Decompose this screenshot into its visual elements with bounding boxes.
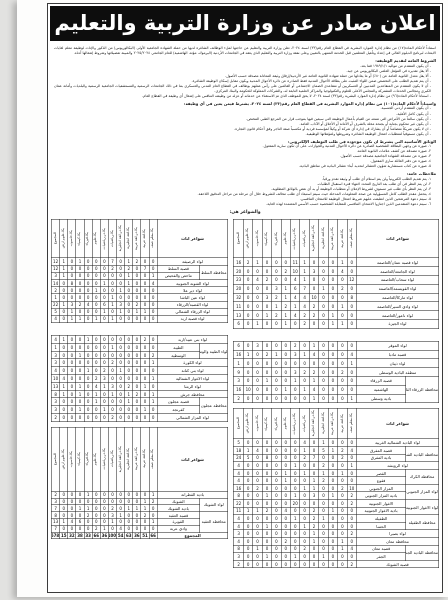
count-cell: 0 [133, 351, 141, 359]
count-cell: 1 [149, 359, 157, 367]
count-cell: 0 [262, 341, 271, 350]
count-cell: 0 [60, 315, 68, 322]
count-cell: 0 [133, 343, 141, 351]
count-cell: 2 [272, 311, 281, 320]
count-cell: 0 [281, 553, 290, 561]
count-cell: 1 [281, 311, 290, 320]
count-cell: 10 [309, 293, 318, 302]
count-cell: 0 [141, 398, 149, 406]
district-label: لواء ذيبان [356, 359, 438, 368]
table-row: محافظة البادية الجنوبيةقصبة معان41000200… [234, 545, 439, 553]
count-cell: 4 [52, 315, 60, 322]
count-cell: 0 [76, 375, 84, 383]
count-cell: 0 [272, 376, 281, 385]
count-cell: 0 [76, 359, 84, 367]
column-header: المجموع [234, 220, 244, 258]
table-row: لواء بصيرا2000100000003 [234, 530, 439, 538]
count-cell: 0 [92, 367, 100, 375]
governorate-label: محافظة البادية الجنوبية [406, 545, 439, 560]
count-cell: 0 [243, 560, 252, 568]
column-header-text: المجموع [54, 232, 58, 244]
count-cell: 0 [100, 519, 108, 526]
column-header: بكا.كيمياء [76, 427, 84, 491]
count-cell: 1 [262, 311, 271, 320]
count-cell: 0 [338, 515, 347, 523]
count-cell: 0 [281, 454, 290, 462]
count-cell: 15 [60, 532, 68, 539]
district-label: قصبة العقبة [157, 512, 199, 519]
column-header-text: بكا.كيمياء [265, 232, 269, 246]
count-cell: 1 [117, 308, 125, 315]
count-cell: 2 [338, 484, 347, 492]
district-label: الوسطية [157, 351, 199, 359]
count-cell: 10 [291, 267, 300, 276]
count-cell: 0 [300, 462, 309, 470]
count-cell: 0 [84, 375, 92, 383]
count-cell: 1 [328, 311, 337, 320]
count-cell: 1 [328, 492, 337, 500]
count-cell: 0 [328, 477, 337, 485]
count-cell: 0 [60, 525, 68, 532]
count-cell: 1 [262, 492, 271, 500]
count-cell: 1 [108, 315, 116, 322]
count-cell: 0 [100, 390, 108, 398]
count-cell: 0 [108, 272, 116, 279]
governorate-label: محافظة الكرك [406, 469, 439, 484]
count-cell: 0 [76, 343, 84, 351]
column-header-text: بكا.رياضيات [111, 450, 115, 467]
count-cell: 0 [291, 394, 300, 403]
count-cell: 1 [319, 553, 328, 561]
count-cell: 1 [309, 530, 318, 538]
count-cell: 0 [347, 538, 356, 546]
count-cell: 1 [309, 477, 318, 485]
count-cell: 4 [253, 446, 262, 454]
table-row: محافظة عجلونقصبة عجلون1001000100003 [52, 398, 228, 406]
count-cell: 2 [253, 484, 262, 492]
count-cell: 0 [328, 553, 337, 561]
count-cell: 0 [272, 492, 281, 500]
district-label: منطقة البادية الوسطى [356, 368, 438, 377]
count-cell: 1 [291, 515, 300, 523]
count-cell: 0 [243, 359, 252, 368]
count-cell: 1 [100, 406, 108, 414]
column-header-text: بكا.رياضيات [303, 415, 307, 432]
count-cell: 0 [243, 284, 252, 293]
count-cell: 0 [149, 336, 157, 344]
count-cell: 1 [309, 538, 318, 546]
count-cell: 0 [84, 315, 92, 322]
count-cell: 0 [76, 265, 84, 272]
district-label: فقوع [356, 477, 405, 485]
count-cell: 0 [141, 287, 149, 294]
count-cell: 0 [300, 376, 309, 385]
count-cell: 1 [68, 315, 76, 322]
count-cell: 0 [125, 519, 133, 526]
count-cell: 1 [291, 553, 300, 561]
count-cell: 0 [253, 302, 262, 311]
vacancy-table-block: شواغر اناثبكا.معلم صفبكا.لغة عربيةبكا.در… [233, 219, 439, 328]
count-cell: 0 [328, 275, 337, 284]
count-cell: 1 [100, 279, 108, 286]
count-cell: 0 [328, 515, 337, 523]
count-cell: 5 [52, 308, 60, 315]
count-cell: 0 [309, 560, 318, 568]
count-cell: 0 [100, 258, 108, 265]
governorate-label: لواء المزار الجنوبي [406, 484, 439, 499]
count-cell: 8 [262, 454, 271, 462]
count-cell: 1 [262, 376, 271, 385]
count-cell: 0 [328, 359, 337, 368]
district-label: لواء المزار الشمالي [157, 414, 228, 422]
count-cell: 1 [117, 512, 125, 519]
count-cell: 4 [309, 385, 318, 394]
district-label: بادية المفرق [356, 454, 405, 462]
count-cell: 0 [262, 267, 271, 276]
announcement-body: استناداً لأحكام المادة(١٧) من نظام إدارة… [48, 43, 442, 219]
count-cell: 1 [76, 505, 84, 512]
table-row: محافظة معان0100100200004 [234, 538, 439, 546]
table-row: لواء المزار الجنوبيالمزار الجنوبي1020011… [234, 484, 439, 492]
column-header-text: بكا.كيمياء [78, 452, 82, 466]
count-cell: 0 [92, 351, 100, 359]
count-cell: 1 [76, 390, 84, 398]
count-cell: 0 [281, 341, 290, 350]
count-cell: 0 [68, 351, 76, 359]
count-cell: 0 [319, 385, 328, 394]
count-cell: 0 [133, 272, 141, 279]
count-cell: 0 [108, 351, 116, 359]
count-cell: 2 [133, 258, 141, 265]
count-cell: 12 [52, 258, 60, 265]
column-header-text: بكا.علوم [284, 232, 288, 244]
count-cell: 1 [262, 553, 271, 561]
column-header-text: بكا.معلم صف [350, 413, 354, 433]
count-cell: 0 [125, 343, 133, 351]
count-cell: 0 [243, 275, 252, 284]
count-cell: 0 [84, 519, 92, 526]
count-cell: 0 [84, 406, 92, 414]
count-cell: 3 [52, 398, 60, 406]
count-cell: 0 [84, 390, 92, 398]
count-cell: 0 [262, 484, 271, 492]
count-cell: 16 [234, 258, 244, 267]
count-cell: 0 [243, 376, 252, 385]
count-cell: 0 [125, 336, 133, 344]
count-cell: 51 [141, 532, 149, 539]
count-cell: 1 [300, 258, 309, 267]
count-cell: 0 [92, 512, 100, 519]
count-cell: 1 [92, 287, 100, 294]
count-cell: 0 [272, 385, 281, 394]
district-label: الطيبة [157, 343, 199, 351]
count-cell: 0 [141, 343, 149, 351]
count-cell: 0 [291, 385, 300, 394]
count-cell: 0 [68, 272, 76, 279]
district-label: لواء الرويشد [356, 462, 438, 470]
column-header-text: المجموع [54, 453, 58, 465]
count-cell: 1 [300, 385, 309, 394]
count-cell: 1 [309, 376, 318, 385]
count-cell: 0 [328, 484, 337, 492]
count-cell: 24 [234, 454, 244, 462]
count-cell: 0 [253, 515, 262, 523]
count-cell: 0 [347, 267, 356, 276]
count-cell: 0 [243, 368, 252, 377]
count-cell: 0 [149, 505, 157, 512]
governorate-label: محافظة الزرقاء الثانية [406, 376, 439, 402]
count-cell: 0 [243, 553, 252, 561]
count-cell: 0 [272, 446, 281, 454]
count-cell: 0 [319, 319, 328, 328]
count-cell: 1 [125, 279, 133, 286]
column-header-text: بكا.در.لغة انجليزية [312, 410, 316, 436]
count-cell: 0 [60, 351, 68, 359]
count-cell: 0 [328, 454, 337, 462]
count-cell: 0 [243, 439, 252, 447]
count-cell: 20 [291, 500, 300, 508]
column-header: بكا.لغة عربية [141, 427, 149, 491]
count-cell: 4 [60, 375, 68, 383]
count-cell: 2 [309, 522, 318, 530]
count-cell: 3 [234, 553, 244, 561]
count-cell: 0 [149, 294, 157, 301]
table-row: قصبة مادبا40004130120116 [234, 350, 439, 359]
count-cell: 0 [76, 398, 84, 406]
count-cell: 16 [234, 385, 244, 394]
count-cell: 1 [92, 315, 100, 322]
count-cell: 0 [243, 492, 252, 500]
count-cell: 0 [328, 302, 337, 311]
count-cell: 0 [125, 498, 133, 505]
list-item: - استناداً لأحكام المادة(٩٦) من نظام إدا… [54, 94, 436, 99]
count-cell: 0 [133, 382, 141, 390]
count-cell: 0 [253, 311, 262, 320]
count-cell: 0 [133, 519, 141, 526]
count-cell: 0 [60, 308, 68, 315]
count-cell: 0 [272, 341, 281, 350]
count-cell: 18 [234, 446, 244, 454]
count-cell: 10 [243, 385, 252, 394]
count-cell: 2 [133, 301, 141, 308]
count-cell: 4 [92, 382, 100, 390]
count-cell: 5 [234, 439, 244, 447]
count-cell: 0 [338, 553, 347, 561]
count-cell: 0 [338, 293, 347, 302]
table-row: لواء الموقر0000102000306 [234, 341, 439, 350]
count-cell: 0 [253, 530, 262, 538]
count-cell: 0 [272, 522, 281, 530]
count-cell: 0 [133, 287, 141, 294]
count-cell: 0 [347, 385, 356, 394]
count-cell: 0 [243, 530, 252, 538]
count-cell: 0 [281, 522, 290, 530]
column-header: بكا.فيزياء [84, 427, 92, 491]
count-cell: 0 [347, 368, 356, 377]
count-cell: 1 [92, 390, 100, 398]
count-cell: 0 [133, 279, 141, 286]
count-cell: 0 [281, 515, 290, 523]
table-row: لواء الاغوار الشمالية10000032000410 [52, 375, 228, 383]
count-cell: 0 [243, 477, 252, 485]
table-row: لواء ناعور/العاصمة00102241210013 [234, 311, 439, 320]
count-cell: 1 [338, 258, 347, 267]
count-cell: 0 [319, 267, 328, 276]
count-cell: 0 [117, 258, 125, 265]
count-cell: 1 [347, 359, 356, 368]
conditions-sections: الشروط العامة لتقديم الوظيفة:- أن يكون ا… [54, 58, 436, 207]
count-cell: 0 [272, 368, 281, 377]
count-cell: 0 [125, 367, 133, 375]
count-cell: 1 [309, 341, 318, 350]
count-cell: 1 [319, 439, 328, 447]
count-cell: 0 [262, 368, 271, 377]
count-cell: 0 [291, 484, 300, 492]
count-cell: 63 [125, 532, 133, 539]
count-cell: 11 [291, 258, 300, 267]
count-cell: 0 [68, 525, 76, 532]
district-label: بادية وسطى [356, 394, 405, 403]
column-header-text: المجموع [237, 232, 241, 244]
count-cell: 0 [125, 294, 133, 301]
table-header-row: شواغر اناثبكا.معلم صفبكا.لغة عربيةبكا.در… [234, 220, 439, 258]
count-cell: 0 [100, 343, 108, 351]
count-cell: 0 [92, 359, 100, 367]
count-cell: 0 [272, 439, 281, 447]
tables-column-right: شواغر اناثبكا.معلم صفبكا.لغة عربيةبكا.در… [233, 219, 439, 568]
count-cell: 0 [92, 491, 100, 498]
count-cell: 0 [300, 341, 309, 350]
column-header-text: بكا.لغة عربية [143, 449, 147, 468]
count-cell: 0 [319, 302, 328, 311]
count-cell: 2 [149, 351, 157, 359]
count-cell: 0 [262, 394, 271, 403]
count-cell: 3 [234, 376, 244, 385]
table-header-row: شواغر اناثبكا.معلم صفبكا.لغة عربيةبكا.در… [52, 220, 228, 258]
count-cell: 0 [117, 505, 125, 512]
count-cell: 1 [100, 382, 108, 390]
count-cell: 0 [149, 308, 157, 315]
count-cell: 1 [309, 394, 318, 403]
count-cell: 4 [234, 515, 244, 523]
count-cell: 3 [52, 351, 60, 359]
table-row: لواء سحاب/العاصمة120000140024023 [234, 275, 439, 284]
district-label: لواء سحاب/العاصمة [356, 275, 438, 284]
count-cell: 0 [84, 308, 92, 315]
count-cell: 0 [108, 279, 116, 286]
count-cell: 1 [300, 484, 309, 492]
column-header: بكا.حاسوب [253, 409, 262, 439]
column-header: بكا.در.رياضيات [291, 409, 300, 439]
count-cell: 0 [100, 294, 108, 301]
count-cell: 4 [291, 293, 300, 302]
count-cell: 0 [338, 462, 347, 470]
count-cell: 0 [253, 267, 262, 276]
count-cell: 1 [117, 287, 125, 294]
count-cell: 0 [309, 258, 318, 267]
count-cell: 22 [234, 500, 244, 508]
count-cell: 1 [60, 301, 68, 308]
count-cell: 0 [76, 498, 84, 505]
column-header-text: بكا.فيزياء [275, 417, 279, 430]
count-cell: 0 [92, 498, 100, 505]
count-cell: 0 [149, 301, 157, 308]
count-cell: 4 [291, 311, 300, 320]
count-cell: 0 [84, 525, 92, 532]
district-label: بادية الاغوار الجنوبية [356, 507, 405, 515]
count-cell: 5 [243, 454, 252, 462]
district-label: الشوبك [157, 498, 199, 505]
count-cell: 54 [117, 532, 125, 539]
count-cell: 1 [125, 505, 133, 512]
column-header: بكا.در.لغة انجليزية [309, 409, 318, 439]
count-cell: 0 [125, 351, 133, 359]
count-cell: 0 [272, 515, 281, 523]
count-cell: 3 [234, 530, 244, 538]
count-cell: 0 [108, 525, 116, 532]
count-cell: 0 [60, 512, 68, 519]
count-cell: 2 [347, 492, 356, 500]
count-cell: 4 [52, 336, 60, 344]
column-header-text: بكا.حاسوب [256, 230, 260, 246]
count-cell: 0 [117, 294, 125, 301]
governorate-label: لواء الطيبة والوسطية/اربد [200, 343, 228, 359]
count-cell: 0 [149, 258, 157, 265]
column-header: بكا.رياضيات [300, 409, 309, 439]
list-item: ٦. سيتم دعوة المتقدمين الذين اجتازوا الا… [54, 202, 436, 207]
count-cell: 0 [262, 530, 271, 538]
count-cell: 3 [108, 512, 116, 519]
column-header: بكا.علوم [92, 220, 100, 258]
count-cell: 0 [347, 454, 356, 462]
count-cell: 2 [347, 560, 356, 568]
count-cell: 2 [281, 267, 290, 276]
table-row: لواء الاغوار الجنوبيةالاغوار الجنوبية200… [234, 500, 439, 508]
column-header: بكا.علوم ارض [60, 427, 68, 491]
count-cell: 0 [84, 359, 92, 367]
count-cell: 1 [234, 359, 244, 368]
count-cell: 6 [76, 519, 84, 526]
count-cell: 4 [281, 507, 290, 515]
count-cell: 0 [300, 515, 309, 523]
count-cell: 0 [272, 500, 281, 508]
governorate-label: لواء الاغوار الجنوبية [406, 500, 439, 515]
count-cell: 4 [234, 522, 244, 530]
female-vacancies-label: شواغر اناث [157, 220, 228, 258]
count-cell: 7 [141, 265, 149, 272]
district-label: لواء الموقر [356, 341, 438, 350]
count-cell: 0 [149, 367, 157, 375]
count-cell: 1 [76, 406, 84, 414]
count-cell: 3 [117, 301, 125, 308]
count-cell: 0 [141, 519, 149, 526]
column-header: المجموع [52, 427, 60, 491]
count-cell: 0 [253, 560, 262, 568]
count-cell: 0 [262, 258, 271, 267]
count-cell: 0 [328, 394, 337, 403]
district-label: الهاشمية [356, 385, 405, 394]
count-cell: 1 [60, 519, 68, 526]
count-cell: 0 [92, 265, 100, 272]
column-header: بكا.لغة انجليزية [125, 220, 133, 258]
count-cell: 0 [300, 530, 309, 538]
column-header: بكا.در.لغة عربية [328, 220, 337, 258]
count-cell: 0 [319, 560, 328, 568]
count-cell: 0 [253, 538, 262, 546]
district-label: لواء القويسمة/العاصمة [356, 284, 438, 293]
count-cell: 0 [253, 439, 262, 447]
count-cell: 0 [291, 359, 300, 368]
